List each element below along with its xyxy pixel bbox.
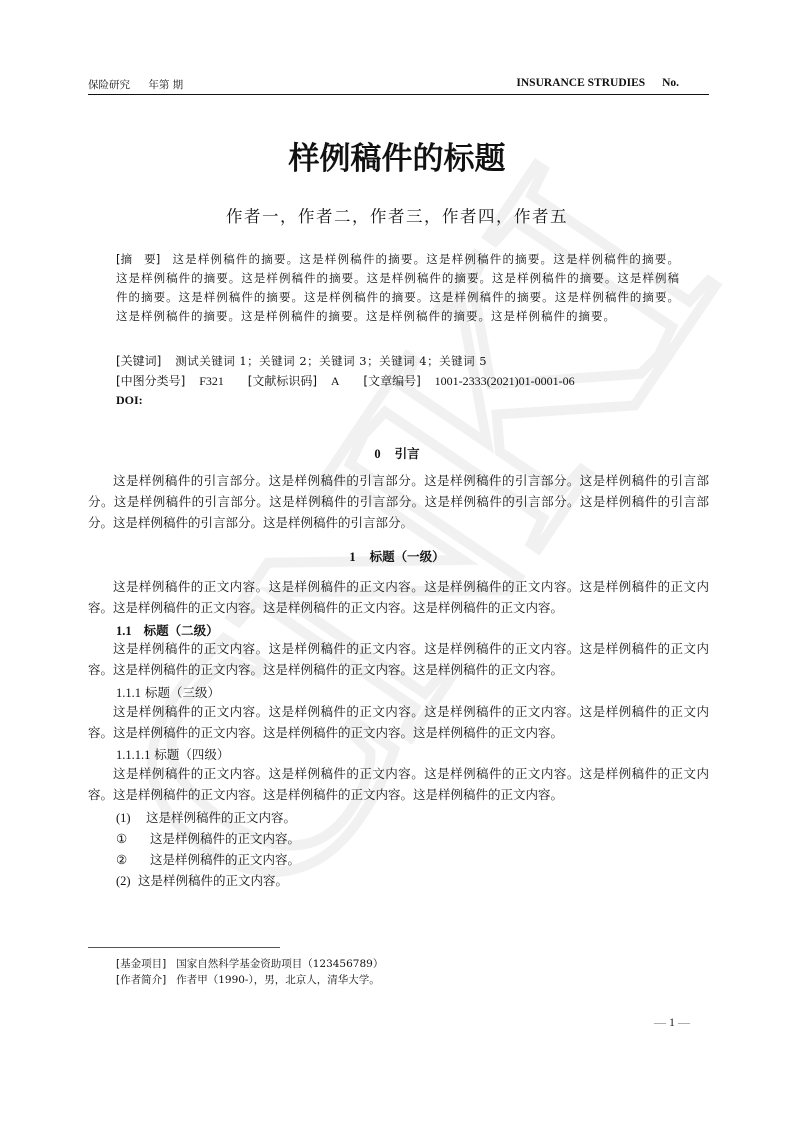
subsection-title: 标题（二级） [144,623,219,638]
running-header: 保险研究 年第 期 INSURANCE STRUDIES No. [88,77,709,95]
h2-paragraph: 这是样例稿件的正文内容。这是样例稿件的正文内容。这是样例稿件的正文内容。这是样例… [88,638,709,680]
footnote-label: [基金项目] [116,958,166,970]
author-list: 作者一，作者二，作者三，作者四，作者五 [0,203,794,227]
section-heading-h1: 1标题（一级） [0,547,794,565]
journal-name-en: INSURANCE STRUDIES [516,77,645,89]
h3-paragraph: 这是样例稿件的正文内容。这是样例稿件的正文内容。这是样例稿件的正文内容。这是样例… [88,701,709,743]
page-number: — 1 — [654,1015,690,1030]
section-title: 标题（一级） [370,549,445,564]
list-item: ①这是样例稿件的正文内容。 [116,829,300,847]
list-text: 这是样例稿件的正文内容。 [146,810,296,825]
keywords: [关键词] 测试关键词 1；关键词 2；关键词 3；关键词 4；关键词 5 [116,352,716,369]
doi-line: DOI: [116,393,716,408]
subsection-heading-h3: 1.1.1标题（三级） [116,683,220,701]
journal-name-cn: 保险研究 [88,79,130,91]
list-text: 这是样例稿件的正文内容。 [150,831,300,846]
page-dash-left: — [654,1015,666,1029]
subsection-number: 1.1.1.1 [116,748,150,762]
subsection-title: 标题（三级） [145,685,220,700]
issue-cn: 年第 期 [148,79,183,91]
list-marker: ② [116,852,150,868]
paper-title: 样例稿件的标题 [0,133,794,178]
header-right: INSURANCE STRUDIES No. [516,77,679,89]
subsection-number: 1.1.1 [116,686,141,700]
keywords-text: 测试关键词 1；关键词 2；关键词 3；关键词 4；关键词 5 [175,354,487,368]
list-text: 这是样例稿件的正文内容。 [138,873,288,888]
doc-code-label: [文献标识码] [248,374,317,388]
keywords-label: [关键词] [116,354,161,368]
footnote-author-bio: [作者简介]作者甲（1990-），男，北京人，清华大学。 [116,972,380,987]
abstract-label: [摘 要] [116,252,160,266]
h4-paragraph: 这是样例稿件的正文内容。这是样例稿件的正文内容。这是样例稿件的正文内容。这是样例… [88,763,709,805]
section-number: 0 [374,447,380,461]
footnote-label: [作者简介] [116,974,166,986]
clc-value: F321 [199,374,224,388]
abstract-text: 这是样例稿件的摘要。这是样例稿件的摘要。这是样例稿件的摘要。这是样例稿件的摘要。… [116,252,680,323]
classification-line: [中图分类号] F321 [文献标识码] A [文章编号] 1001-2333(… [116,372,716,389]
page-dash-right: — [678,1015,690,1029]
list-item: ②这是样例稿件的正文内容。 [116,850,300,868]
footnote-text: 国家自然科学基金资助项目（123456789） [176,958,383,970]
subsection-number: 1.1 [116,624,132,638]
footnote-funding: [基金项目]国家自然科学基金资助项目（123456789） [116,956,383,971]
list-item: (2)这是样例稿件的正文内容。 [116,871,288,889]
article-no-label: [文章编号] [363,374,420,388]
list-text: 这是样例稿件的正文内容。 [150,852,300,867]
list-marker: (2) [116,874,138,889]
footnote-text: 作者甲（1990-），男，北京人，清华大学。 [176,974,380,986]
list-marker: ① [116,831,150,847]
subsection-title: 标题（四级） [154,747,229,762]
list-item: (1)这是样例稿件的正文内容。 [116,808,296,826]
issue-en: No. [662,77,679,89]
article-no-value: 1001-2333(2021)01-0001-06 [435,374,575,388]
intro-paragraph: 这是样例稿件的引言部分。这是样例稿件的引言部分。这是样例稿件的引言部分。这是样例… [88,470,709,533]
h1-paragraph: 这是样例稿件的正文内容。这是样例稿件的正文内容。这是样例稿件的正文内容。这是样例… [88,576,709,618]
footnote-divider [88,947,280,948]
clc-label: [中图分类号] [116,374,185,388]
section-heading-intro: 0引言 [0,444,794,462]
section-number: 1 [349,550,355,564]
section-title: 引言 [395,446,420,461]
abstract: [摘 要]这是样例稿件的摘要。这是样例稿件的摘要。这是样例稿件的摘要。这是样例稿… [116,250,680,326]
subsection-heading-h4: 1.1.1.1标题（四级） [116,745,229,763]
doc-code-value: A [331,374,340,388]
header-left: 保险研究 年第 期 [88,77,198,92]
subsection-heading-h2: 1.1标题（二级） [116,621,219,639]
list-marker: (1) [116,811,146,826]
page-number-value: 1 [669,1015,675,1029]
